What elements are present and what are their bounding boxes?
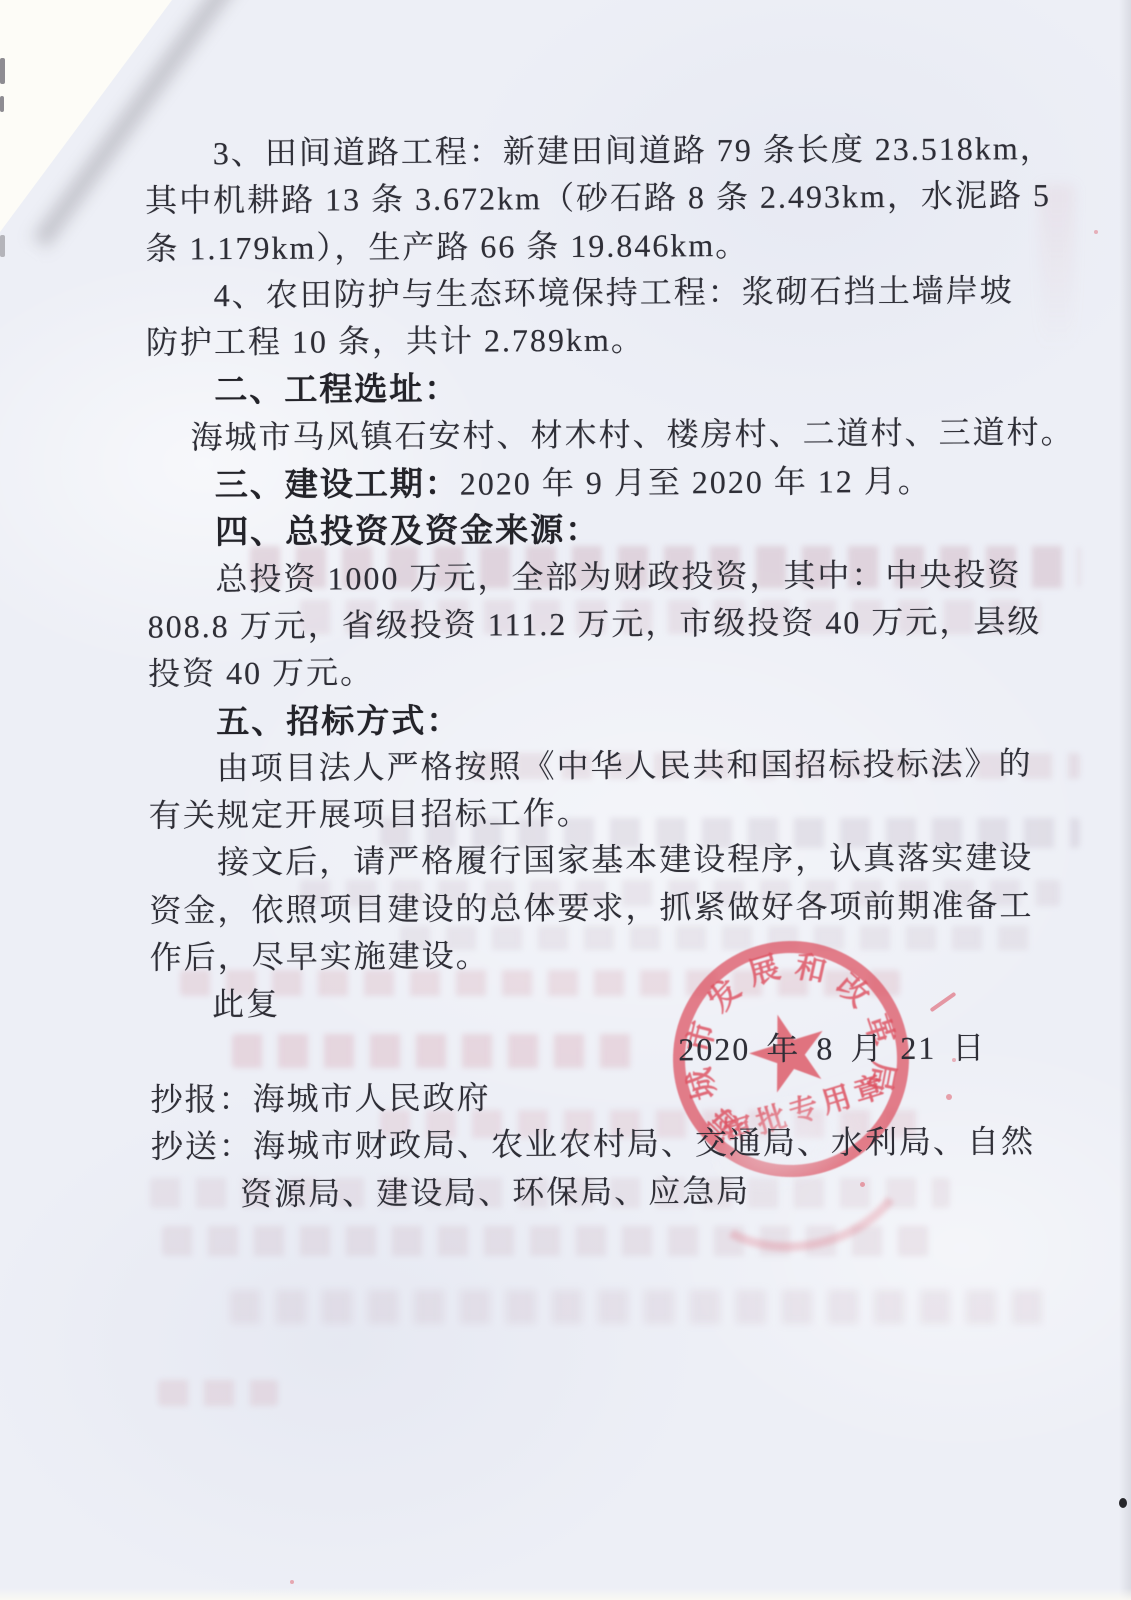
doc-line: 总投资 1000 万元，全部为财政投资，其中：中央投资 (147, 551, 997, 603)
doc-line: 3、田间道路工程：新建田间道路 79 条长度 23.518km， (145, 125, 995, 177)
cc-send-line-2: 资源局、建设局、环保局、应急局 (151, 1166, 1001, 1218)
scanned-document-page: { "colors": { "paper": "#edeff6", "ink":… (0, 0, 1131, 1600)
document-date: 2020 年 8 月 21 日 (150, 1024, 1000, 1076)
doc-line: 条 1.179km），生产路 66 条 19.846km。 (145, 220, 995, 272)
ghost-text-line (230, 1290, 1050, 1324)
edge-mark (0, 58, 5, 84)
bottom-scan-edge (0, 1588, 1131, 1600)
doc-line: 4、农田防护与生态环境保持工程：浆砌石挡土墙岸坡 (146, 267, 996, 319)
doc-line: 有关规定开展项目招标工作。 (149, 788, 999, 840)
section-heading-schedule: 三、建设工期： (215, 465, 460, 503)
red-speck (1094, 230, 1098, 234)
scan-debris-dot (1119, 1498, 1127, 1508)
doc-line: 三、建设工期：2020 年 9 月至 2020 年 12 月。 (147, 456, 997, 508)
document-text: 3、田间道路工程：新建田间道路 79 条长度 23.518km， 其中机耕路 1… (145, 125, 1002, 1218)
section-heading-bidding: 五、招标方式： (148, 693, 998, 745)
cc-report-line: 抄报：海城市人民政府 (150, 1071, 1000, 1123)
doc-line-text: 2020 年 9 月至 2020 年 12 月。 (460, 463, 932, 502)
section-heading-investment: 四、总投资及资金来源： (147, 504, 997, 556)
doc-line: 投资 40 万元。 (148, 646, 998, 698)
edge-mark (0, 235, 5, 257)
doc-line: 808.8 万元，省级投资 111.2 万元，市级投资 40 万元，县级 (148, 598, 998, 650)
doc-line: 防护工程 10 条，共计 2.789km。 (146, 315, 996, 367)
doc-line: 由项目法人严格按照《中华人民共和国招标投标法》的 (148, 740, 998, 792)
doc-line: 接文后，请严格履行国家基本建设程序，认真落实建设 (149, 835, 999, 887)
cc-send-line: 抄送：海城市财政局、农业农村局、交通局、水利局、自然 (151, 1119, 1001, 1171)
edge-mark (0, 96, 4, 112)
red-speck (290, 1580, 294, 1584)
doc-line: 作后，尽早实施建设。 (150, 929, 1000, 981)
doc-line: 其中机耕路 13 条 3.672km（砂石路 8 条 2.493km，水泥路 5 (145, 173, 995, 225)
ghost-text-line (158, 1380, 278, 1406)
doc-line: 资金，依照项目建设的总体要求，抓紧做好各项前期准备工 (149, 882, 999, 934)
doc-line: 海城市马风镇石安村、材木村、楼房村、二道村、三道村。 (146, 409, 996, 461)
section-heading-site: 二、工程选址： (146, 362, 996, 414)
right-scan-edge (1119, 0, 1131, 1600)
closing-phrase: 此复 (150, 977, 1000, 1029)
